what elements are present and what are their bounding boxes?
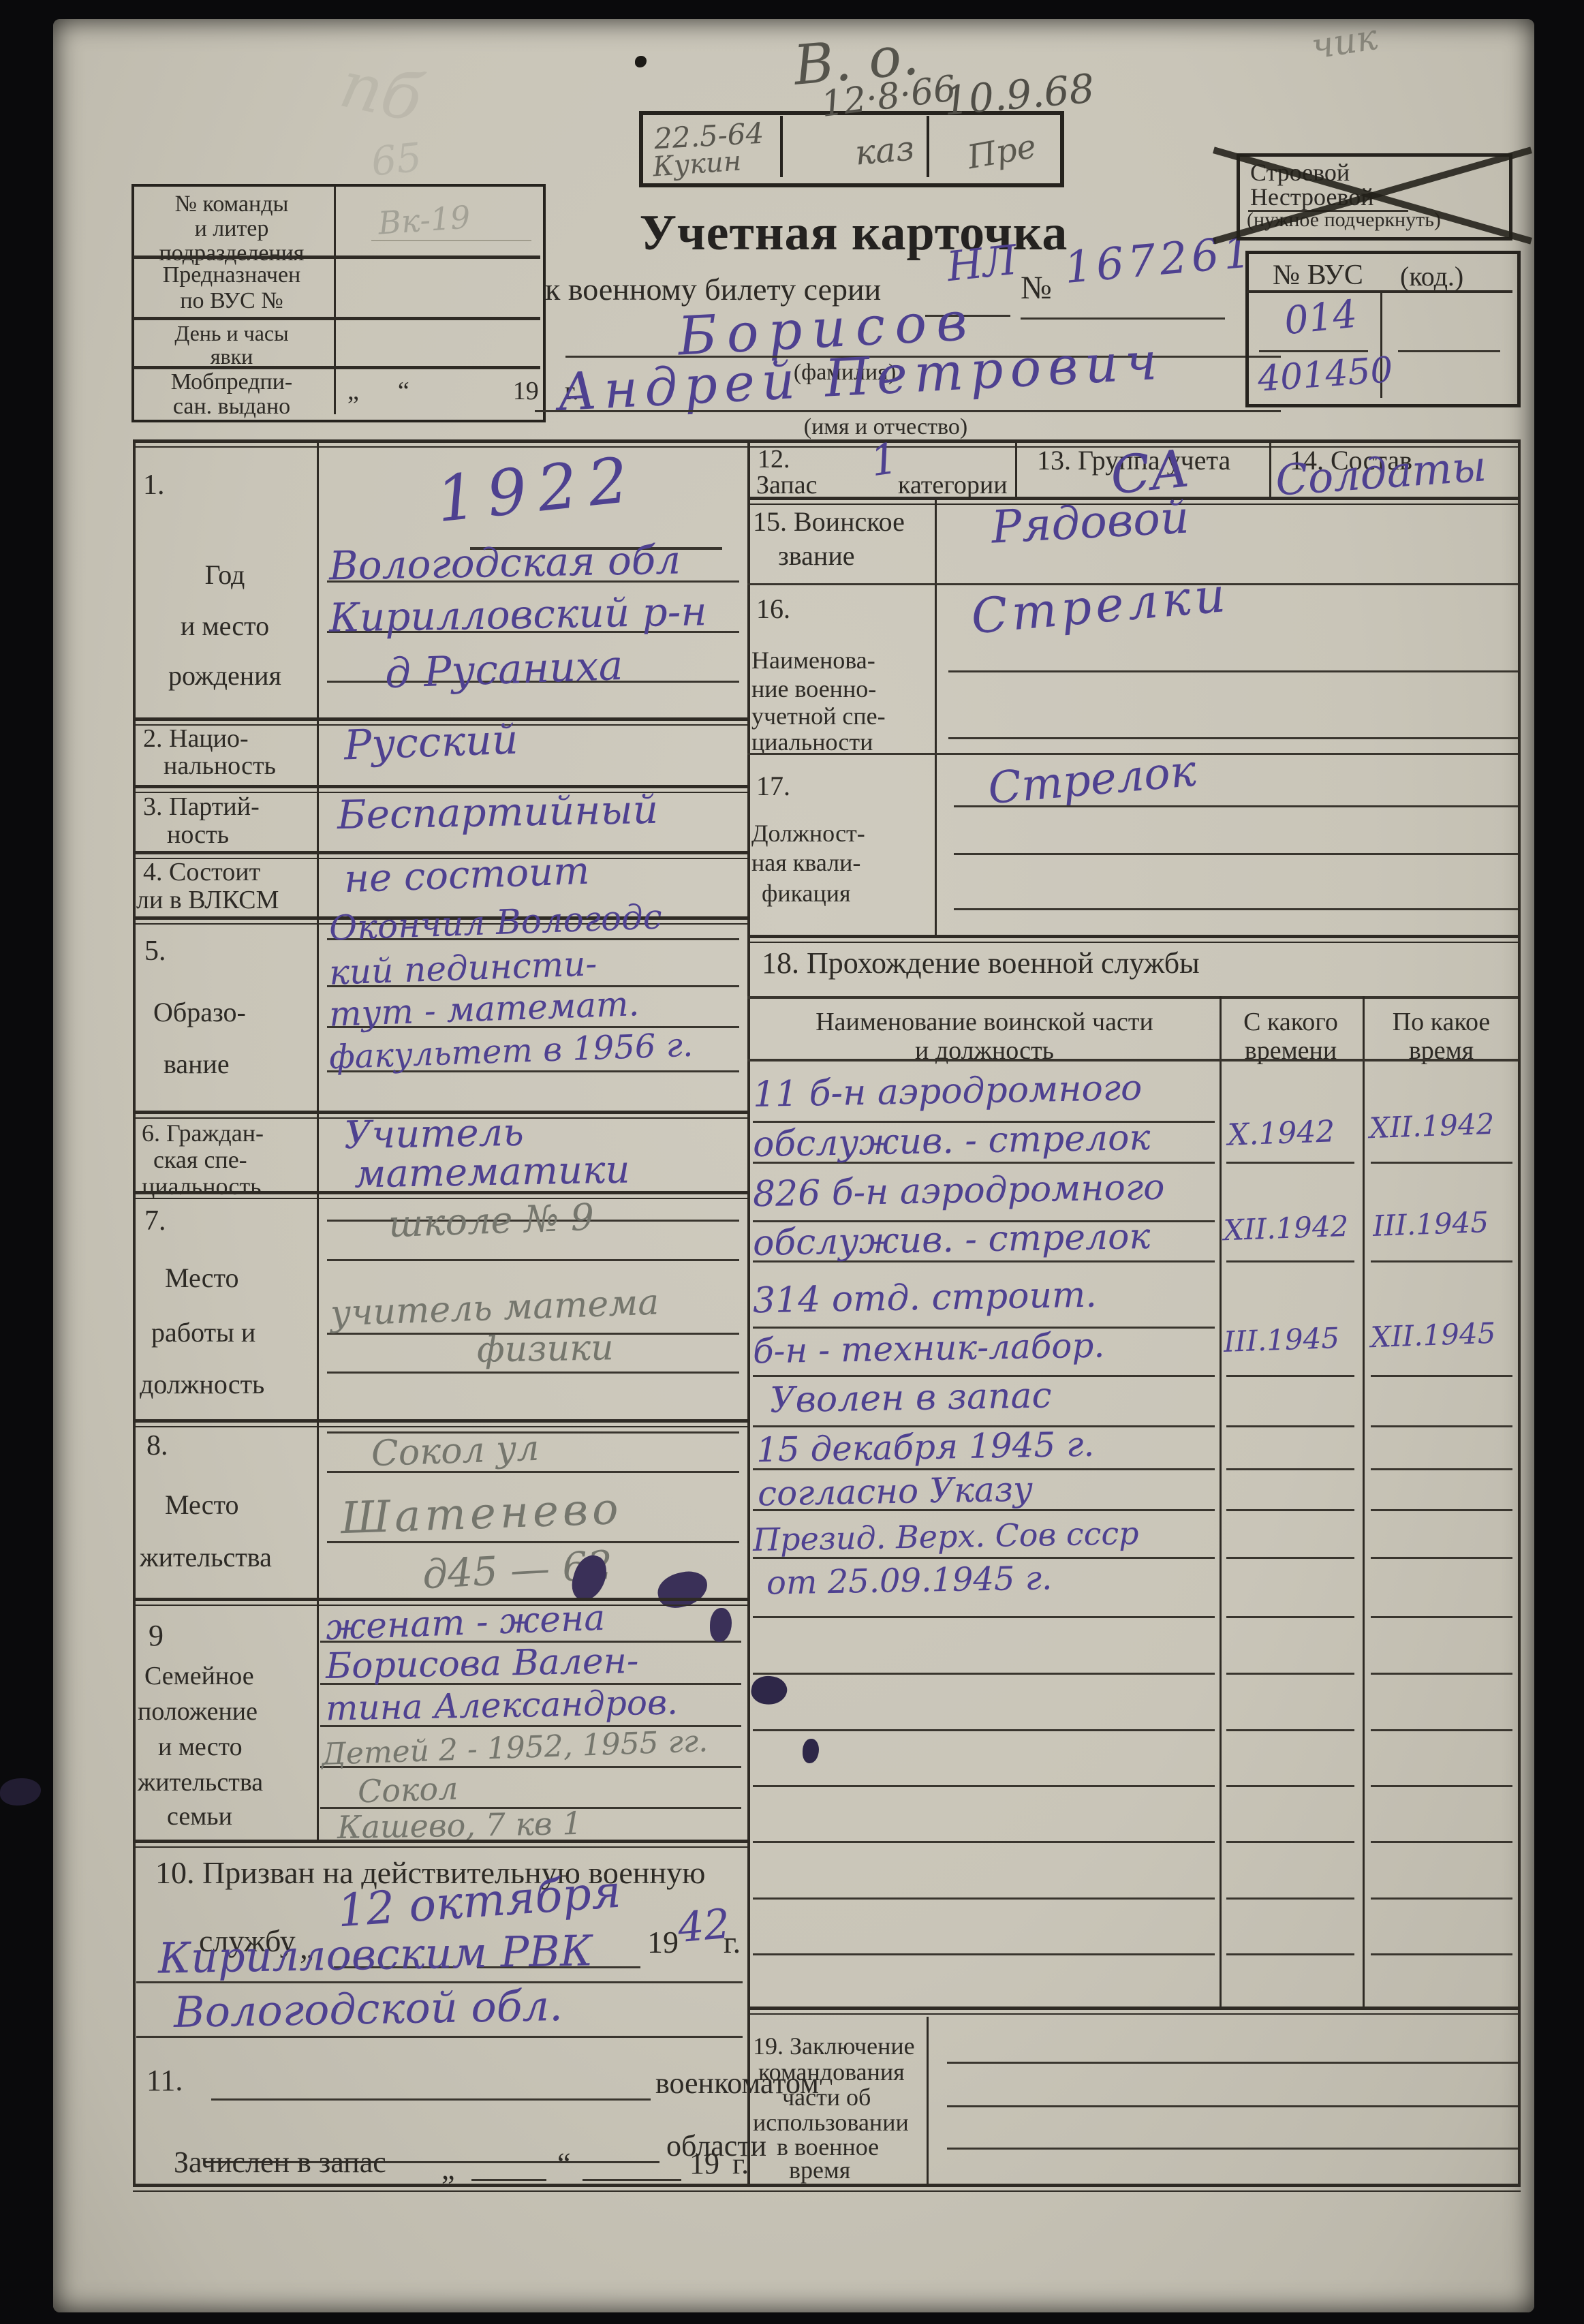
year-suffix: г. — [724, 1924, 741, 1960]
header-divider — [1247, 290, 1512, 293]
table-line — [1226, 1897, 1354, 1900]
year-suffix: г. — [732, 2146, 749, 2181]
komsomol-handwritten: не состоит — [343, 849, 590, 902]
service-row-note: 15 декабря 1945 г. — [756, 1425, 1095, 1470]
section12-label: Запас — [756, 470, 817, 500]
service-row-unit: обслужив. - стрелок — [753, 1117, 1151, 1165]
reg-row-label: Предназначен по ВУС № — [140, 262, 324, 314]
section8-number: 8. — [146, 1429, 168, 1462]
table-line — [753, 1557, 1215, 1559]
body-bottom-border — [133, 2184, 1521, 2192]
section19-label: командования — [758, 2058, 905, 2086]
label-line: и литер — [140, 217, 324, 241]
fill-line — [211, 2098, 651, 2101]
section9-label: семьи — [167, 1801, 232, 1831]
label-line: Предназначен — [140, 262, 324, 288]
section6-label: ская спе- — [153, 1145, 247, 1174]
stamp-entry-signature: каз — [854, 128, 916, 172]
section5-label: вание — [164, 1048, 230, 1080]
section16-label: Наименова- — [751, 646, 875, 675]
body-left-border — [133, 439, 136, 2187]
birth-place-handwritten: Кирилловский р-н — [328, 588, 707, 641]
fill-line — [948, 737, 1518, 739]
table-line — [1226, 1953, 1354, 1955]
section2-label: нальность — [164, 751, 276, 781]
fill-line — [535, 410, 1281, 412]
table-line — [1226, 1162, 1354, 1164]
stamp-divider — [780, 116, 783, 177]
year-printed: 19 — [647, 1924, 679, 1960]
section8-label: жительства — [140, 1541, 272, 1573]
section17-number: 17. — [756, 770, 790, 802]
reg-row-label: Мобпредпи- сан. выдано — [140, 370, 324, 419]
birth-place-handwritten: Вологодская обл — [328, 537, 681, 589]
service-row-unit: 826 б-н аэродромного — [753, 1167, 1165, 1215]
number-sign: № — [1021, 269, 1052, 307]
service-row-from: XII.1942 — [1223, 1209, 1349, 1247]
section7-number: 7. — [144, 1205, 166, 1237]
table-line — [1226, 1785, 1354, 1787]
table-bottom-border — [747, 2007, 1521, 2015]
section12-label: категории — [898, 470, 1008, 500]
fill-line — [471, 2179, 546, 2181]
section1-label: рождения — [140, 660, 310, 692]
stamp-divider — [927, 116, 929, 177]
year-printed: 19 — [689, 2146, 719, 2181]
service-row-note: от 25.09.1945 г. — [766, 1559, 1053, 1602]
table-line — [753, 1785, 1215, 1787]
table-line — [1371, 1616, 1512, 1618]
fill-line — [954, 805, 1518, 807]
table-line — [1371, 1785, 1512, 1787]
table-line — [1226, 1673, 1354, 1675]
section17-label: Должност- — [751, 819, 865, 848]
section6-label: 6. Граждан- — [142, 1119, 264, 1147]
table-line — [1226, 1375, 1354, 1377]
reg-row-value: Вк-19 — [377, 198, 471, 241]
workplace-pencil: школе № 9 — [388, 1196, 595, 1246]
section3-label: ность — [167, 820, 229, 850]
table-column-divider — [1220, 996, 1222, 2009]
section2-label: 2. Нацио- — [143, 724, 249, 754]
section7-label: должность — [140, 1368, 264, 1400]
residence-pencil: Сокол ул — [371, 1428, 540, 1475]
table-line — [1226, 1841, 1354, 1843]
label-column-divider — [935, 497, 937, 937]
table-line — [1371, 1162, 1512, 1164]
table-line — [1371, 1673, 1512, 1675]
table-line — [1371, 1260, 1512, 1262]
section16-label: учетной спе- — [751, 702, 886, 730]
section5-number: 5. — [144, 935, 166, 967]
column-divider — [1015, 439, 1017, 497]
table-top-border — [747, 996, 1518, 999]
fill-line — [1021, 317, 1225, 320]
section4-label: 4. Состоит — [143, 857, 260, 887]
label-line: День и часы — [140, 322, 324, 345]
table-line — [753, 1897, 1215, 1900]
section19-label: части об — [782, 2083, 871, 2111]
section4-label: ли в ВЛКСМ — [136, 885, 279, 915]
label-line: по ВУС № — [140, 288, 324, 314]
table-line — [1226, 1509, 1354, 1511]
table-line — [1226, 1425, 1354, 1427]
vus-code-header: (код.) — [1400, 260, 1463, 292]
section5-label: Образо- — [153, 996, 246, 1028]
label-line: явки — [140, 345, 324, 368]
rank-handwritten: Рядовой — [990, 491, 1190, 553]
table-line — [1371, 1897, 1512, 1900]
column-divider — [1269, 439, 1271, 497]
section19-label: время — [789, 2156, 850, 2184]
family-status-handwritten: Борисова Вален- — [326, 1641, 639, 1687]
section-border — [133, 1840, 747, 1848]
section7-label: работы и — [151, 1316, 255, 1348]
service-row-to: III.1945 — [1372, 1205, 1489, 1243]
series-handwritten: НЛ — [945, 236, 1019, 291]
table-line — [1226, 1729, 1354, 1731]
section19-label: 19. Заключение — [753, 2032, 915, 2060]
label-line: № команды — [140, 192, 324, 217]
reg-row-value: „ “ 19 г. — [347, 376, 579, 406]
label-column-divider — [317, 439, 319, 1840]
table-header-from: С какого — [1221, 1007, 1361, 1037]
service-row-from: X.1942 — [1227, 1114, 1335, 1152]
table-line — [1371, 1841, 1512, 1843]
table-line — [1226, 1557, 1354, 1559]
ink-smudge — [0, 1778, 41, 1806]
fill-line — [327, 1259, 739, 1261]
reg-row-label: № команды и литер подразделения — [140, 192, 324, 266]
table-line — [1371, 1375, 1512, 1377]
section16-label: циальности — [751, 728, 873, 756]
vus-header: № ВУС — [1273, 259, 1363, 292]
table-line — [1226, 1616, 1354, 1618]
label-column-divider — [927, 2017, 929, 2184]
row-divider — [133, 317, 540, 320]
section9-number: 9 — [149, 1618, 164, 1653]
section1-label: Год — [140, 559, 310, 591]
section11-number: 11. — [146, 2063, 183, 2098]
table-divider — [334, 187, 336, 414]
service-row-to: XII.1945 — [1370, 1316, 1496, 1354]
workplace-pencil: физики — [476, 1327, 614, 1370]
section7-label: Место — [165, 1262, 239, 1294]
vus-number-handwritten: 014 — [1282, 292, 1359, 344]
section9-label: положение — [138, 1696, 258, 1726]
table-line — [1371, 1468, 1512, 1470]
service-row-unit: обслужив. - стрелок — [753, 1216, 1151, 1264]
service-row-to: XII.1942 — [1369, 1107, 1495, 1145]
fill-line — [583, 2179, 681, 2181]
family-pencil: Сокол — [357, 1769, 459, 1810]
party-status-handwritten: Беспартийный — [337, 786, 658, 838]
table-line — [753, 1616, 1215, 1618]
residence-pencil: Шатенево — [340, 1484, 623, 1544]
fill-line — [947, 2105, 1518, 2107]
table-column-divider — [1363, 996, 1365, 2009]
section17-label: фикация — [762, 879, 851, 908]
birth-place-handwritten: д Русаниха — [384, 642, 624, 698]
fill-line — [947, 2148, 1518, 2150]
fill-line — [948, 670, 1518, 672]
section11-text: Зачислен в запас — [174, 2145, 386, 2180]
service-row-unit: 11 б-н аэродромного — [753, 1068, 1143, 1115]
civil-specialty-handwritten: математики — [354, 1147, 630, 1196]
service-row-note: согласно Указу — [758, 1469, 1034, 1513]
section15-label: 15. Воинское — [753, 506, 905, 538]
table-line — [1371, 1953, 1512, 1955]
table-line — [1371, 1729, 1512, 1731]
table-line — [753, 1729, 1215, 1731]
section1-label: и место — [140, 610, 310, 642]
family-status-handwritten: тина Александров. — [326, 1682, 679, 1728]
table-header-to: По какое — [1365, 1007, 1518, 1037]
table-line — [1371, 1509, 1512, 1511]
service-row-from: III.1945 — [1223, 1321, 1340, 1359]
table-line — [753, 1673, 1215, 1675]
military-office-handwritten: Кирилловским РВК — [157, 1925, 593, 1983]
fill-line — [136, 2036, 743, 2038]
header-bottom-border — [747, 1059, 1518, 1062]
service-row-unit: б-н - техник-лабор. — [753, 1325, 1105, 1371]
section3-label: 3. Партий- — [143, 792, 260, 822]
section9-label: жительства — [138, 1767, 263, 1797]
section-border — [747, 935, 1521, 943]
faint-scribble: 65 — [369, 134, 424, 185]
section16-number: 16. — [756, 593, 790, 625]
label-line: сан. выдано — [140, 394, 324, 419]
quote-mark: “ — [557, 2146, 571, 2181]
table-line — [1226, 1468, 1354, 1470]
fill-line — [954, 908, 1518, 910]
reg-row-label: День и часы явки — [140, 322, 324, 368]
service-row-note: Презид. Верх. Сов ссср — [753, 1515, 1139, 1558]
service-row-unit: 314 отд. строит. — [753, 1275, 1098, 1322]
section15-label: звание — [778, 540, 854, 572]
fill-line — [947, 2062, 1518, 2064]
table-line — [1371, 1425, 1512, 1427]
table-line — [1371, 1557, 1512, 1559]
section9-label: и место — [158, 1732, 243, 1762]
table-header-unit: Наименование воинской части — [753, 1007, 1216, 1037]
cell-line — [1398, 350, 1500, 352]
table-line — [753, 1953, 1215, 1955]
quote-mark: „ — [441, 2152, 455, 2186]
section18-heading: 18. Прохождение военной службы — [762, 946, 1200, 980]
body-right-border — [1518, 439, 1521, 2187]
section1-number: 1. — [143, 469, 165, 501]
scanned-photo: В. о. чик пб 65 22.5-64 Кукин 12·8·66 ка… — [0, 0, 1584, 2324]
fill-line — [327, 1372, 739, 1374]
label-line: Мобпредпи- — [140, 370, 324, 394]
table-line — [753, 1841, 1215, 1843]
nationality-handwritten: Русский — [343, 716, 519, 770]
fill-line — [954, 853, 1518, 855]
section-border — [133, 1191, 747, 1199]
document-title: Учетная карточка — [615, 204, 1092, 262]
service-row-note: Уволен в запас — [770, 1375, 1053, 1421]
military-office-handwritten: Вологодской обл. — [173, 1981, 563, 2037]
section9-label: Семейное — [144, 1661, 254, 1691]
center-divider — [747, 439, 750, 2187]
section-border — [133, 1419, 747, 1427]
table-line — [1226, 1260, 1354, 1262]
section16-label: ние военно- — [751, 675, 876, 703]
stamp-entry-signature: Кукин — [652, 146, 743, 183]
pencil-line — [371, 240, 531, 241]
section8-label: Место — [165, 1489, 239, 1521]
section17-label: ная квали- — [751, 848, 860, 877]
